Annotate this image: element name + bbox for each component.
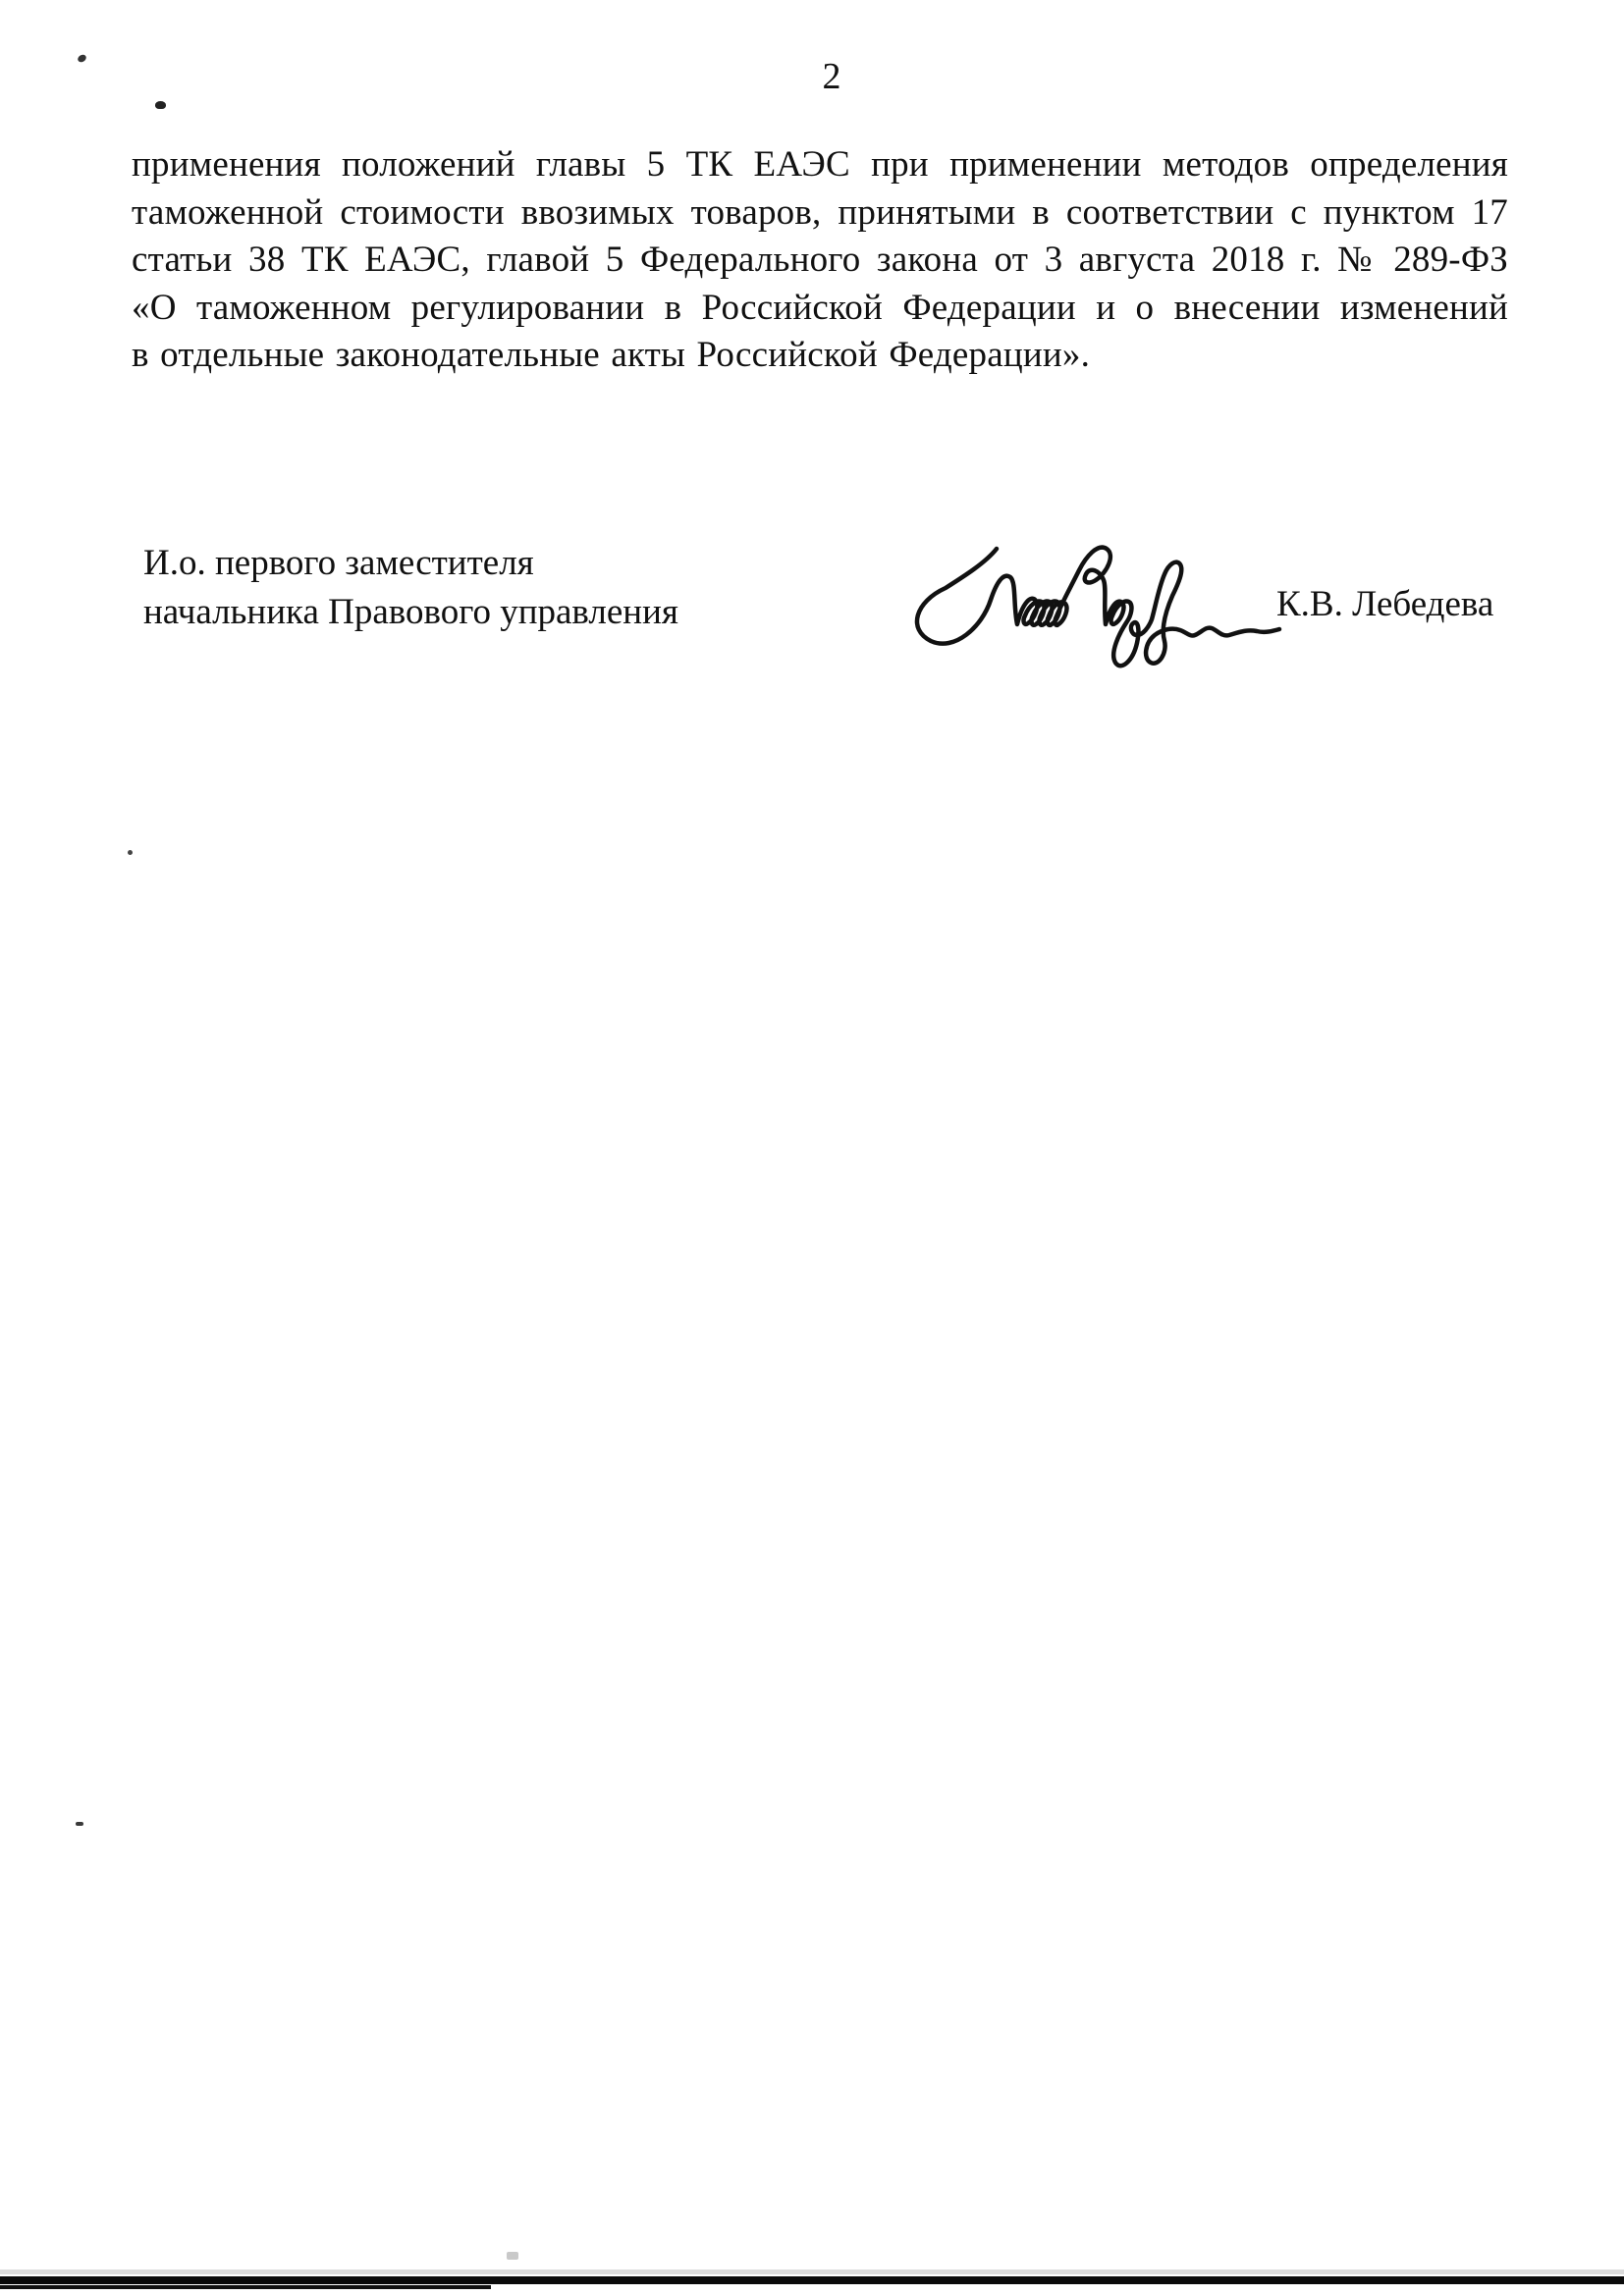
scan-edge-artifact (0, 2276, 1624, 2284)
paragraph-line: применения положений главы 5 ТК ЕАЭС при… (132, 141, 1508, 189)
signer-role-line1: И.о. первого заместителя (143, 539, 678, 588)
paragraph-line: «О таможенном регулировании в Российской… (132, 285, 1508, 333)
scan-speck (77, 53, 87, 64)
scan-speck (507, 2252, 518, 2260)
scan-edge-artifact-left (0, 2285, 491, 2289)
scan-speck (76, 1822, 83, 1826)
paragraph-line: статьи 38 ТК ЕАЭС, главой 5 Федерального… (132, 237, 1508, 285)
paragraph-line: таможенной стоимости ввозимых товаров, п… (132, 189, 1508, 238)
page-number: 2 (807, 55, 856, 98)
signer-role-line2: начальника Правового управления (143, 588, 678, 637)
paragraph-line: в отдельные законодательные акты Российс… (132, 332, 1508, 380)
handwritten-signature-icon (901, 533, 1296, 678)
scan-speck (155, 101, 166, 109)
body-paragraph: применения положений главы 5 ТК ЕАЭС при… (132, 141, 1508, 380)
signer-name: К.В. Лебедева (1276, 583, 1493, 626)
document-page: 2 применения положений главы 5 ТК ЕАЭС п… (0, 0, 1624, 2296)
signer-role: И.о. первого заместителя начальника Прав… (143, 539, 678, 637)
scan-edge-smear (0, 2269, 1624, 2274)
scan-speck (128, 850, 133, 855)
